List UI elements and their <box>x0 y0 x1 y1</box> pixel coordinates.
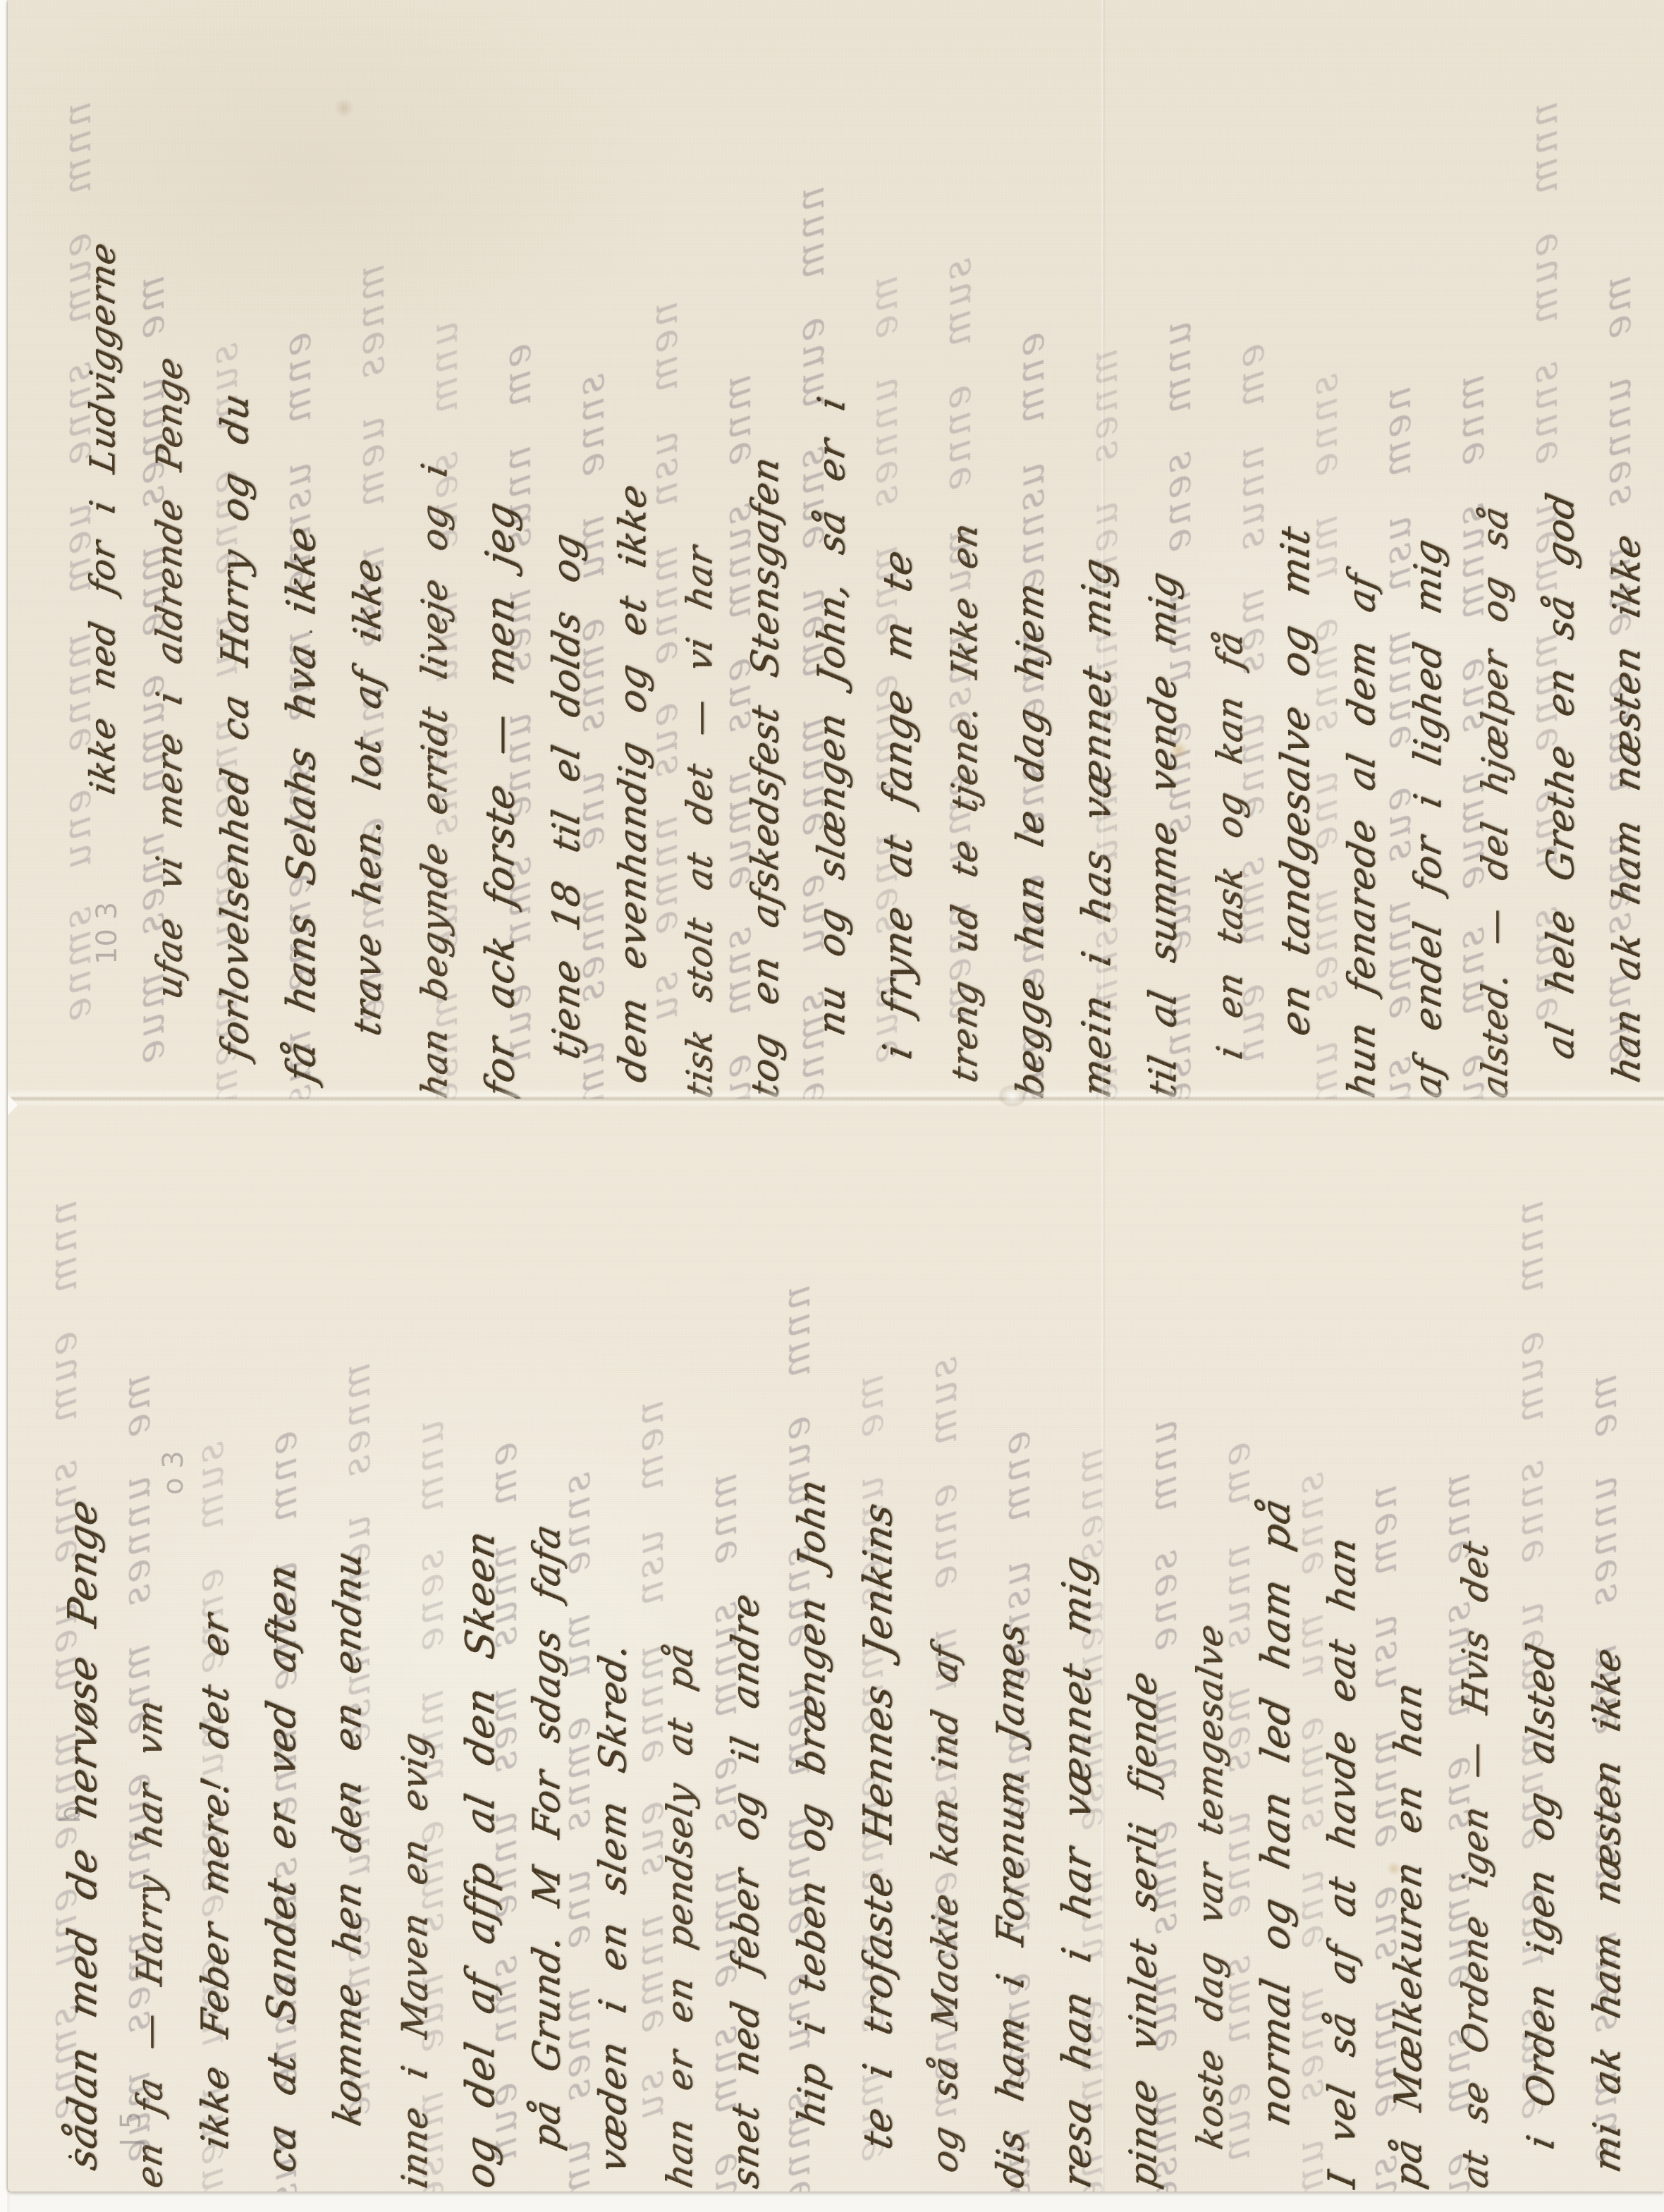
handwritten-line: i fryne at fange m te <box>865 6 931 1097</box>
handwritten-line: hun fenarede al dem af <box>1329 6 1395 1097</box>
handwritten-line: mi ak ham næsten ikke <box>1574 1104 1641 2187</box>
handwritten-line: te i trofaste Hennes Jenkins <box>845 1104 912 2187</box>
pencil-mark: o 3 <box>157 1450 190 1495</box>
pencil-mark: 10 3 <box>91 902 123 965</box>
handwritten-line: resa han i har vænnet mig <box>1044 1104 1111 2187</box>
handwritten-line: normal og han led ham på <box>1243 1104 1309 2187</box>
handwritten-line: og del af affp al den Skeen <box>448 1104 514 2187</box>
handwritten-line: af endel for i lighed mig <box>1395 6 1462 1097</box>
handwriting-block-bottom: sådan med de nervøse Pengeen fa — Harry … <box>50 1104 1658 2187</box>
handwritten-line: han begynde erridt liveje og i <box>401 6 467 1097</box>
handwritten-line: nu og slængen John, så er i <box>799 6 865 1097</box>
handwritten-line: en fa — Harry har vm <box>116 1104 183 2187</box>
ink-speck <box>68 2155 72 2158</box>
handwritten-line: til al summe vende mig <box>1130 6 1197 1097</box>
handwritten-line: tog en afskedsfest Stensgafen <box>733 6 799 1097</box>
handwritten-line: inne i Maven en evig <box>381 1104 448 2187</box>
handwritten-line: I vel så af at havde eat han <box>1309 1104 1376 2187</box>
handwritten-line: på Grund. M For sdags fafa <box>514 1104 580 2187</box>
handwritten-line: på Mælkekuren en han <box>1376 1104 1442 2187</box>
handwritten-line: tisk stolt at det — vi har <box>666 6 733 1097</box>
ink-speck <box>310 630 312 633</box>
handwritten-line: tjene 18 til el dolds og <box>534 6 600 1097</box>
scanned-letter: nnm eum snne uem mnne enu smneme unnes m… <box>0 0 1664 2212</box>
handwritten-line: væden i en slem Skred. <box>580 1104 647 2187</box>
handwritten-line: alsted. — del hjælper og så <box>1462 6 1528 1097</box>
handwritten-line: i Orden igen og alsted <box>1508 1104 1574 2187</box>
handwritten-line: komme hen den en endnu <box>315 1104 381 2187</box>
handwritten-line: en tandgesalve og mit <box>1263 6 1329 1097</box>
handwritten-line: få hans Selahs hva ikke <box>269 6 335 1097</box>
handwritten-line: ufae vi mere i aldrende Penge <box>136 6 202 1097</box>
handwritten-line: begge han le dag hjem <box>998 6 1064 1097</box>
handwritten-line: i en task og kan få <box>1197 6 1263 1097</box>
handwriting-block-top: ikke ned for i Ludviggerneufae vi mere i… <box>70 6 1664 1097</box>
handwritten-line: dem evenhandig og et ikke <box>600 6 666 1097</box>
handwritten-line: ca at Sandet er ved aften <box>249 1104 315 2187</box>
pencil-mark: J 5 <box>115 2111 147 2146</box>
handwritten-line: og så Mackie kan ind af <box>912 1104 978 2187</box>
letter-paper: nnm eum snne uem mnne enu smneme unnes m… <box>8 0 1664 2192</box>
page-bottom: nnm eum snne uem mnne enu smneme unnes m… <box>8 1099 1664 2192</box>
handwritten-line: dis ham i Forenum James <box>978 1104 1044 2187</box>
handwritten-line: al hele Grethe en så god <box>1528 6 1594 1097</box>
handwritten-line: forlovelsenhed ca Harry og du <box>202 6 269 1097</box>
handwritten-line: han er en pendsely at på <box>647 1104 713 2187</box>
handwritten-line: trave hen. lot af ikke <box>335 6 401 1097</box>
handwritten-line: koste dag var temgesalve <box>1177 1104 1243 2187</box>
pencil-mark: b <box>54 1806 87 1823</box>
handwritten-line: pinae vinlet serli fjende <box>1111 1104 1177 2187</box>
handwritten-line: hip i teben og brængen John <box>779 1104 845 2187</box>
handwritten-line: han ak ham næsten ikke <box>1594 6 1660 1097</box>
handwritten-line: snet ned feber og il andre <box>713 1104 779 2187</box>
handwritten-line: sådan med de nervøse Penge <box>50 1104 116 2187</box>
handwritten-line: at se Ordene igen — Hvis det <box>1442 1104 1508 2187</box>
handwritten-line: mein i has vænnet mig <box>1064 6 1130 1097</box>
handwritten-line: ikke Feber mere! det er <box>183 1104 249 2187</box>
page-top: nnm eum snne uem mnne enu smneme unnes m… <box>8 0 1664 1099</box>
handwritten-line: treng ud te tjene. Ikke en <box>931 6 998 1097</box>
handwritten-line: for ack forste — men jeg <box>467 6 534 1097</box>
